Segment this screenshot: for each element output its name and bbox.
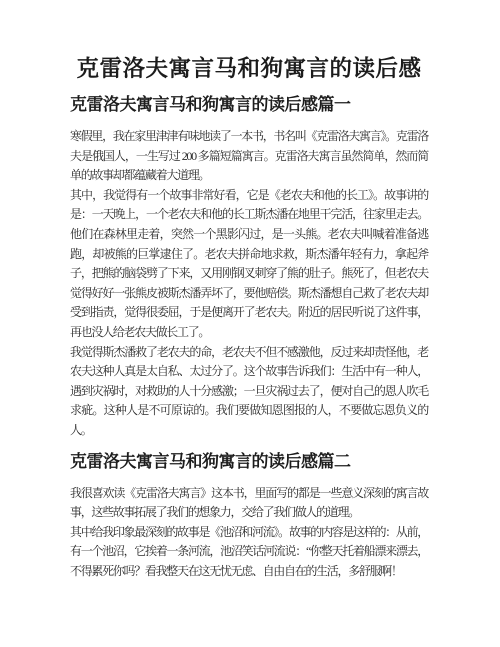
section-two: 克雷洛夫寓言马和狗寓言的读后感篇二 我很喜欢读《克雷洛夫寓言》这本书，里面写的都… [70, 451, 428, 582]
section-two-paragraph-1: 我很喜欢读《克雷洛夫寓言》这本书，里面写的都是一些意义深刻的寓言故事，这些故事拓… [70, 484, 428, 523]
section-two-paragraph-2: 其中给我印象最深刻的故事是《池沼和河流》。故事的内容是这样的：从前，有一个池沼，… [70, 523, 428, 582]
document-page: 克雷洛夫寓言马和狗寓言的读后感 克雷洛夫寓言马和狗寓言的读后感篇一 寒假里，我在… [0, 0, 500, 647]
section-one-heading: 克雷洛夫寓言马和狗寓言的读后感篇一 [70, 94, 428, 116]
section-one-paragraph-1: 寒假里，我在家里津津有味地读了一本书，书名叫《克雷洛夫寓言》。克雷洛夫是俄国人，… [70, 127, 428, 186]
section-one: 克雷洛夫寓言马和狗寓言的读后感篇一 寒假里，我在家里津津有味地读了一本书，书名叫… [70, 94, 428, 441]
section-one-paragraph-2: 其中，我觉得有一个故事非常好看，它是《老农夫和他的长工》。故事讲的是：一天晚上，… [70, 186, 428, 343]
section-two-heading: 克雷洛夫寓言马和狗寓言的读后感篇二 [70, 451, 428, 473]
document-title: 克雷洛夫寓言马和狗寓言的读后感 [70, 54, 428, 84]
section-one-paragraph-3: 我觉得斯杰潘救了老农夫的命，老农夫不但不感激他，反过来却责怪他，老农夫这种人真是… [70, 343, 428, 441]
